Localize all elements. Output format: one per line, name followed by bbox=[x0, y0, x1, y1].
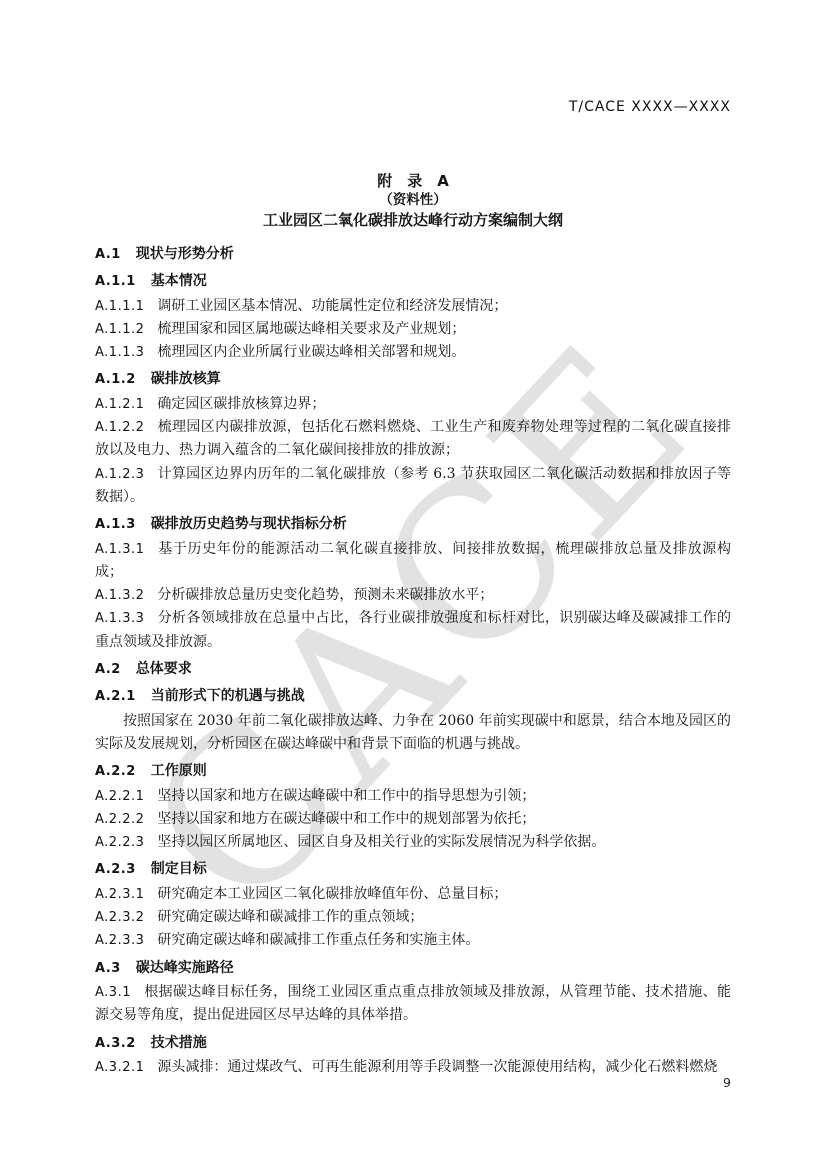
clause-A.1.3.1: A.1.3.1基于历史年份的能源活动二氧化碳直接排放、间接排放数据，梳理碳排放总… bbox=[95, 538, 731, 585]
clause-text: 基于历史年份的能源活动二氧化碳直接排放、间接排放数据，梳理碳排放总量及排放源构成… bbox=[95, 541, 731, 580]
clause-A.2.2.3: A.2.2.3坚持以园区所属地区、园区自身及相关行业的实际发展情况为科学依据。 bbox=[95, 831, 731, 854]
clause-number: A.1.1.2 bbox=[95, 322, 144, 337]
heading-label: 碳达峰实施路径 bbox=[136, 960, 234, 976]
clause-A.2.3.3: A.2.3.3研究确定碳达峰和碳减排工作重点任务和实施主体。 bbox=[95, 929, 731, 952]
clause-text: 研究确定碳达峰和碳减排工作重点任务和实施主体。 bbox=[157, 932, 479, 948]
section-heading-A.2.1: A.2.1当前形式下的机遇与挑战 bbox=[95, 685, 731, 708]
clause-number: A.1.2.2 bbox=[95, 420, 144, 435]
clause-number: A.2.3.2 bbox=[95, 910, 144, 925]
clause-number: A.2.2.3 bbox=[95, 835, 144, 850]
heading-label: 现状与形势分析 bbox=[136, 246, 234, 262]
heading-number: A.2.2 bbox=[95, 764, 136, 779]
clause-number: A.1.3.2 bbox=[95, 588, 144, 603]
heading-number: A.3.2 bbox=[95, 1036, 136, 1051]
clause-text: 根据碳达峰目标任务，围绕工业园区重点重点排放领域及排放源，从管理节能、技术措施、… bbox=[95, 984, 731, 1023]
clause-A.1.2.2: A.1.2.2梳理园区内碳排放源，包括化石燃料燃烧、工业生产和废弃物处理等过程的… bbox=[95, 416, 731, 463]
clause-text: 源头减排：通过煤改气、可再生能源利用等手段调整一次能源使用结构，减少化石燃料燃烧 bbox=[157, 1059, 717, 1075]
clause-text: 坚持以园区所属地区、园区自身及相关行业的实际发展情况为科学依据。 bbox=[157, 834, 605, 850]
clause-A.3.2.1: A.3.2.1源头减排：通过煤改气、可再生能源利用等手段调整一次能源使用结构，减… bbox=[95, 1056, 731, 1079]
heading-number: A.1.3 bbox=[95, 517, 136, 532]
clause-text: 梳理园区内碳排放源，包括化石燃料燃烧、工业生产和废弃物处理等过程的二氧化碳直接排… bbox=[95, 419, 731, 458]
section-heading-A.1.2: A.1.2碳排放核算 bbox=[95, 368, 731, 391]
section-heading-A.2: A.2总体要求 bbox=[95, 658, 731, 681]
clause-A.1.2.1: A.1.2.1确定园区碳排放核算边界； bbox=[95, 393, 731, 416]
clause-text: 确定园区碳排放核算边界； bbox=[157, 396, 325, 412]
clause-A.1.3.3: A.1.3.3分析各领域排放在总量中占比，各行业碳排放强度和标杆对比，识别碳达峰… bbox=[95, 607, 731, 654]
clause-number: A.1.3.3 bbox=[95, 611, 144, 626]
heading-number: A.2 bbox=[95, 662, 121, 677]
clause-A.2.2.1: A.2.2.1坚持以国家和地方在碳达峰碳中和工作中的指导思想为引领； bbox=[95, 785, 731, 808]
clause-A.1.2.3: A.1.2.3计算园区边界内历年的二氧化碳排放（参考 6.3 节获取园区二氧化碳… bbox=[95, 463, 731, 510]
clause-text: 研究确定本工业园区二氧化碳排放峰值年份、总量目标； bbox=[157, 886, 507, 902]
heading-label: 技术措施 bbox=[151, 1035, 207, 1051]
heading-number: A.3 bbox=[95, 961, 121, 976]
clause-number: A.1.3.1 bbox=[95, 542, 144, 557]
clause-number: A.2.2.2 bbox=[95, 812, 144, 827]
section-heading-A.2.3: A.2.3制定目标 bbox=[95, 858, 731, 881]
page-number: 9 bbox=[723, 1075, 731, 1090]
clause-text: 研究确定碳达峰和碳减排工作的重点领域； bbox=[157, 909, 423, 925]
clause-number: A.2.3.1 bbox=[95, 887, 144, 902]
outline-blocks: A.1现状与形势分析A.1.1基本情况A.1.1.1调研工业园区基本情况、功能属… bbox=[95, 243, 731, 1079]
page-content: T/CACE XXXX—XXXX 附 录 A （资料性） 工业园区二氧化碳排放达… bbox=[0, 0, 826, 1079]
heading-label: 碳排放历史趋势与现状指标分析 bbox=[151, 516, 347, 532]
clause-text: 计算园区边界内历年的二氧化碳排放（参考 6.3 节获取园区二氧化碳活动数据和排放… bbox=[95, 466, 731, 505]
heading-number: A.2.1 bbox=[95, 689, 136, 704]
clause-A.1.1.2: A.1.1.2梳理国家和园区属地碳达峰相关要求及产业规划； bbox=[95, 318, 731, 341]
appendix-title-block: 附 录 A （资料性） 工业园区二氧化碳排放达峰行动方案编制大纲 bbox=[95, 172, 731, 230]
clause-A.1.3.2: A.1.3.2分析碳排放总量历史变化趋势，预测未来碳排放水平； bbox=[95, 584, 731, 607]
clause-text: 梳理园区内企业所属行业碳达峰相关部署和规划。 bbox=[157, 344, 465, 360]
section-heading-A.3.2: A.3.2技术措施 bbox=[95, 1032, 731, 1055]
clause-number: A.3.1 bbox=[95, 985, 131, 1000]
clause-text: 调研工业园区基本情况、功能属性定位和经济发展情况； bbox=[157, 298, 507, 314]
clause-A.1.1.3: A.1.1.3梳理园区内企业所属行业碳达峰相关部署和规划。 bbox=[95, 341, 731, 364]
heading-number: A.1.2 bbox=[95, 372, 136, 387]
section-heading-A.1.1: A.1.1基本情况 bbox=[95, 270, 731, 293]
clause-number: A.1.2.3 bbox=[95, 467, 144, 482]
section-heading-A.1: A.1现状与形势分析 bbox=[95, 243, 731, 266]
clause-number: A.2.2.1 bbox=[95, 789, 144, 804]
appendix-subtitle: 工业园区二氧化碳排放达峰行动方案编制大纲 bbox=[95, 210, 731, 230]
clause-text: 分析碳排放总量历史变化趋势，预测未来碳排放水平； bbox=[157, 587, 493, 603]
clause-text: 坚持以国家和地方在碳达峰碳中和工作中的规划部署为依托； bbox=[157, 811, 535, 827]
appendix-normative-type: （资料性） bbox=[95, 191, 731, 210]
clause-number: A.1.2.1 bbox=[95, 397, 144, 412]
section-heading-A.3: A.3碳达峰实施路径 bbox=[95, 957, 731, 980]
clause-A.2.3.2: A.2.3.2研究确定碳达峰和碳减排工作的重点领域； bbox=[95, 906, 731, 929]
clause-number: A.1.1.3 bbox=[95, 345, 144, 360]
clause-text: 坚持以国家和地方在碳达峰碳中和工作中的指导思想为引领； bbox=[157, 788, 535, 804]
heading-label: 当前形式下的机遇与挑战 bbox=[151, 688, 305, 704]
clause-text: 分析各领域排放在总量中占比，各行业碳排放强度和标杆对比，识别碳达峰及碳减排工作的… bbox=[95, 610, 731, 649]
standard-code-header: T/CACE XXXX—XXXX bbox=[95, 0, 731, 115]
appendix-title: 附 录 A bbox=[95, 172, 731, 191]
section-heading-A.1.3: A.1.3碳排放历史趋势与现状指标分析 bbox=[95, 513, 731, 536]
heading-number: A.1.1 bbox=[95, 274, 136, 289]
heading-label: 工作原则 bbox=[151, 763, 207, 779]
heading-label: 基本情况 bbox=[151, 273, 207, 289]
heading-label: 碳排放核算 bbox=[151, 371, 221, 387]
heading-number: A.1 bbox=[95, 247, 121, 262]
clause-number: A.2.3.3 bbox=[95, 933, 144, 948]
heading-label: 总体要求 bbox=[136, 661, 192, 677]
clause-A.2.2.2: A.2.2.2坚持以国家和地方在碳达峰碳中和工作中的规划部署为依托； bbox=[95, 808, 731, 831]
clause-A.2.3.1: A.2.3.1研究确定本工业园区二氧化碳排放峰值年份、总量目标； bbox=[95, 883, 731, 906]
clause-A.1.1.1: A.1.1.1调研工业园区基本情况、功能属性定位和经济发展情况； bbox=[95, 295, 731, 318]
heading-label: 制定目标 bbox=[151, 861, 207, 877]
heading-number: A.2.3 bbox=[95, 862, 136, 877]
clause-number: A.3.2.1 bbox=[95, 1060, 144, 1075]
clause-text: 梳理国家和园区属地碳达峰相关要求及产业规划； bbox=[157, 321, 465, 337]
clause-A.3.1: A.3.1根据碳达峰目标任务，围绕工业园区重点重点排放领域及排放源，从管理节能、… bbox=[95, 981, 731, 1028]
clause-number: A.1.1.1 bbox=[95, 299, 144, 314]
body-paragraph: 按照国家在 2030 年前二氧化碳排放达峰、力争在 2060 年前实现碳中和愿景… bbox=[95, 710, 731, 757]
section-heading-A.2.2: A.2.2工作原则 bbox=[95, 760, 731, 783]
